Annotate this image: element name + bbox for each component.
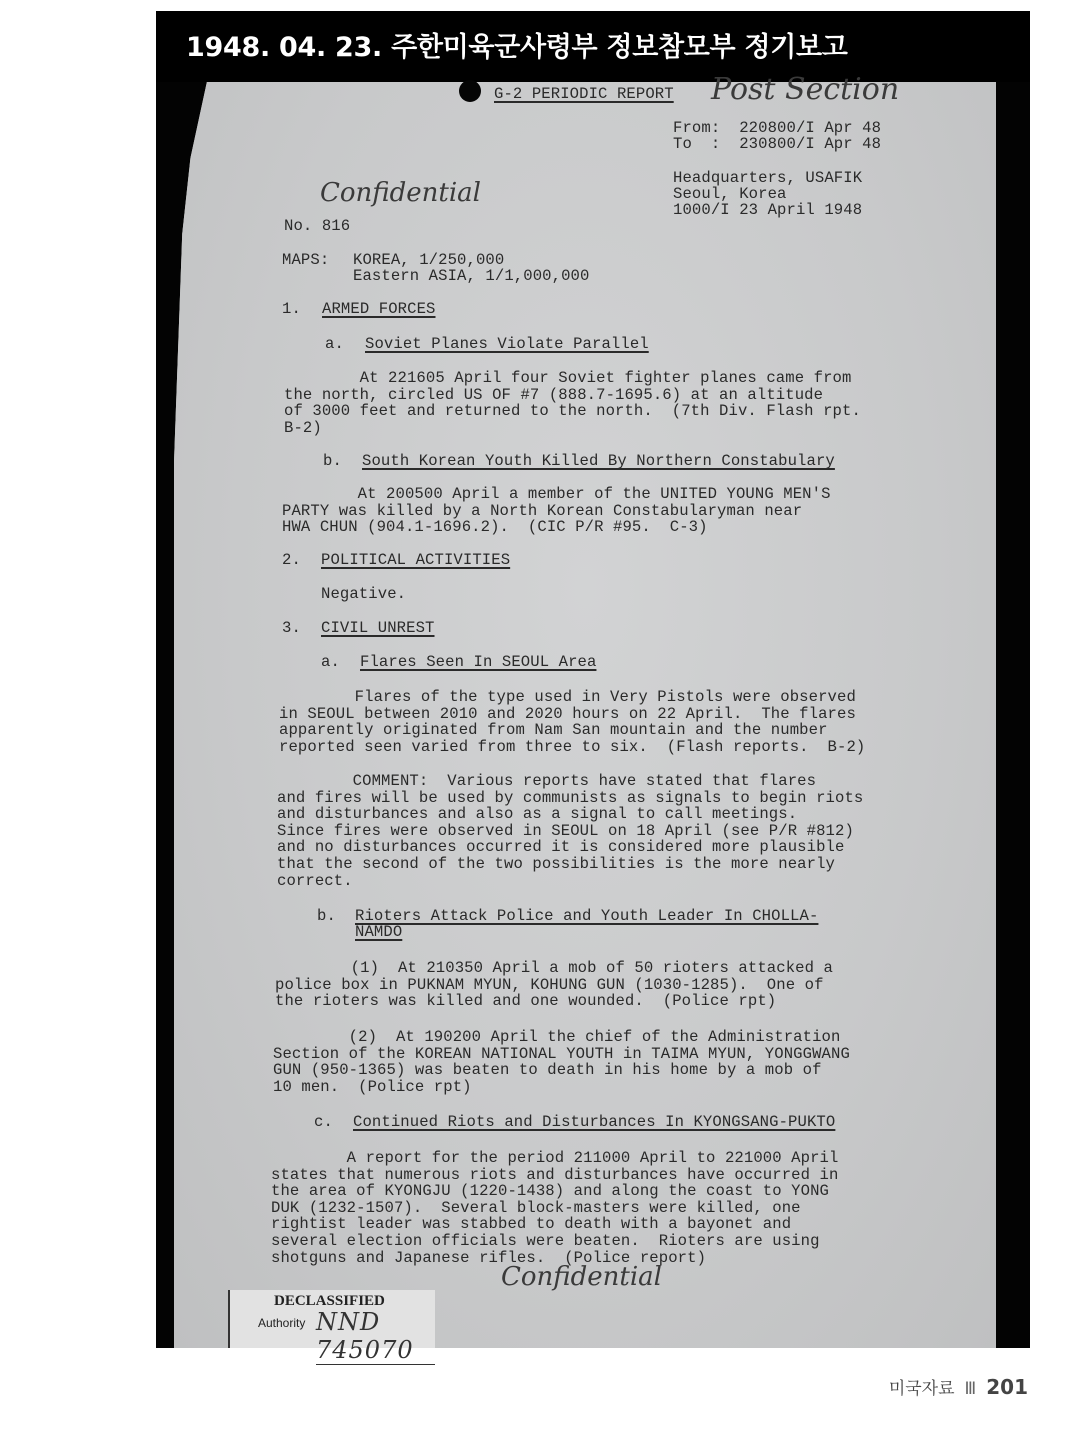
section-3a-comment: COMMENT: Various reports have stated tha… [277,773,863,889]
section-2-body: Negative. [321,586,406,603]
section-3c-title: Continued Riots and Disturbances In KYON… [353,1114,835,1131]
maps-label: MAPS: [282,252,329,269]
section-3a-body: Flares of the type used in Very Pistols … [279,689,865,755]
section-1a-title: Soviet Planes Violate Parallel [365,336,649,353]
handwritten-confidential-top: Confidential [320,178,481,208]
to-line: To : 230800/I Apr 48 [673,136,881,153]
section-3b-body-1: (1) At 210350 April a mob of 50 rioters … [275,960,833,1010]
section-3b-letter: b. [317,908,336,925]
section-1b-title: South Korean Youth Killed By Northern Co… [362,453,835,470]
section-1-title: ARMED FORCES [322,301,436,318]
report-number: No. 816 [284,218,350,235]
stamp-authority-label: Authority [258,1316,305,1330]
section-3a-letter: a. [321,654,340,671]
stamp-authority-number: NND 745070 [316,1308,435,1365]
section-3-title: CIVIL UNREST [321,620,435,637]
book-label: 미국자료 [889,1379,955,1399]
section-1a-body: At 221605 April four Soviet fighter plan… [284,370,861,436]
section-1b-body: At 200500 April a member of the UNITED Y… [282,486,831,536]
declassified-stamp: DECLASSIFIED Authority NND 745070 [228,1290,435,1348]
section-3b-body-2: (2) At 190200 April the chief of the Adm… [273,1029,850,1095]
section-3a-title: Flares Seen In SEOUL Area [360,654,596,671]
volume-separator: Ⅲ [965,1379,977,1399]
scanned-document-frame: G-2 PERIODIC REPORT Post Section From: 2… [156,82,1030,1348]
section-3c-body: A report for the period 211000 April to … [271,1150,838,1266]
punch-hole-icon [459,80,481,102]
section-3c-letter: c. [314,1114,333,1131]
section-2-title: POLITICAL ACTIVITIES [321,552,510,569]
section-2-number: 2. [282,552,301,569]
page-title: 1948. 04. 23. 주한미육군사령부 정보참모부 정기보고 [186,25,848,64]
section-3b-title-line-2: NAMDO [355,924,402,941]
section-1-number: 1. [282,301,301,318]
date-line: 1000/I 23 April 1948 [673,202,862,219]
maps-line-2: Eastern ASIA, 1/1,000,000 [353,268,589,285]
section-1b-letter: b. [323,453,342,470]
handwritten-section-note: Post Section [711,72,899,107]
page-number: 201 [986,1375,1028,1399]
section-3-number: 3. [282,620,301,637]
report-title: G-2 PERIODIC REPORT [494,86,674,103]
handwritten-confidential-bottom: Confidential [501,1262,662,1292]
section-1a-letter: a. [325,336,344,353]
section-3b-title-line-1: Rioters Attack Police and Youth Leader I… [355,908,818,925]
page-footer: 미국자료Ⅲ201 [889,1374,1028,1399]
